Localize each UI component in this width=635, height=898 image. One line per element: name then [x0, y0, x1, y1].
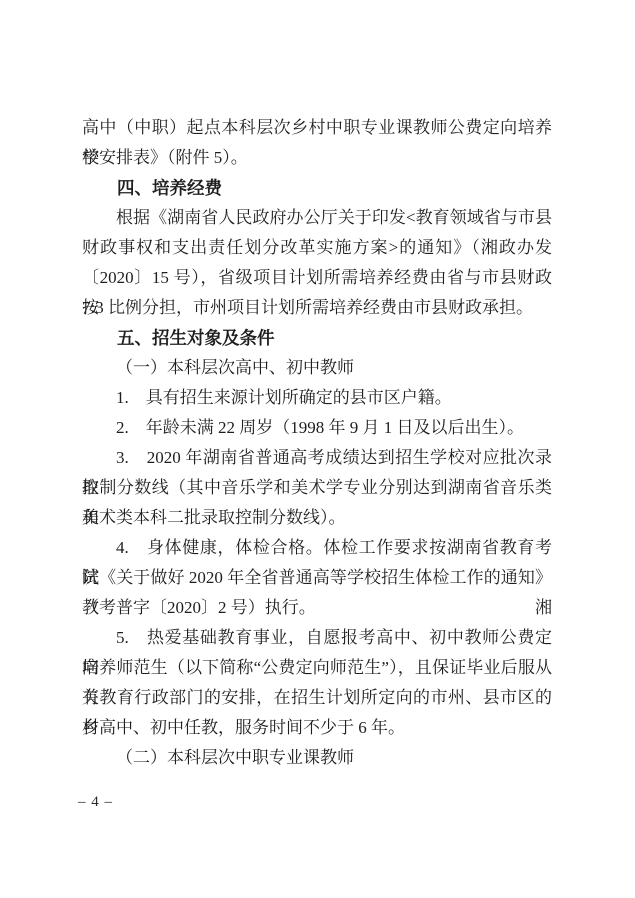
text-line: 7:3 比例分担，市州项目计划所需培养经费由市县财政承担。 — [82, 293, 552, 323]
text-line: 〔2020〕15 号），省级项目计划所需培养经费由省与市县财政按 — [82, 263, 552, 293]
paragraph-continuation: 高中（中职）起点本科层次乡村中职专业课教师公费定向培养学 校安排表》（附件 5）… — [82, 113, 552, 173]
text-line: 5. 热爱基础教育事业，自愿报考高中、初中教师公费定向 — [82, 623, 552, 653]
document-page: 高中（中职）起点本科层次乡村中职专业课教师公费定向培养学 校安排表》（附件 5）… — [0, 0, 635, 898]
text-line: 校安排表》（附件 5）。 — [82, 143, 552, 173]
subsection-heading-1: （一）本科层次高中、初中教师 — [82, 353, 552, 383]
text-line: 村高中、初中任教，服务时间不少于 6 年。 — [82, 713, 552, 743]
text-line: 根据《湖南省人民政府办公厅关于印发<教育领域省与市县 — [82, 203, 552, 233]
list-item-2: 2. 年龄未满 22 周岁（1998 年 9 月 1 日及以后出生）。 — [82, 413, 552, 443]
section-heading-funding: 四、培养经费 — [82, 173, 552, 203]
text-line: 关教育行政部门的安排，在招生计划所定向的市州、县市区的乡 — [82, 683, 552, 713]
page-content: 高中（中职）起点本科层次乡村中职专业课教师公费定向培养学 校安排表》（附件 5）… — [82, 113, 552, 773]
text-line: 培养师范生（以下简称“公费定向师范生”），且保证毕业后服从有 — [82, 653, 552, 683]
text-line: 1. 具有招生来源计划所确定的县市区户籍。 — [82, 383, 552, 413]
text-line: 高中（中职）起点本科层次乡村中职专业课教师公费定向培养学 — [82, 113, 552, 143]
list-item-4: 4. 身体健康，体检合格。体检工作要求按湖南省教育考试 院《关于做好 2020 … — [82, 533, 552, 623]
subsection-heading-2: （二）本科层次中职专业课教师 — [82, 743, 552, 773]
text-line: 2. 年龄未满 22 周岁（1998 年 9 月 1 日及以后出生）。 — [82, 413, 552, 443]
section-heading-enrollment: 五、招生对象及条件 — [82, 323, 552, 353]
text-line: 3. 2020 年湖南省普通高考成绩达到招生学校对应批次录取 — [82, 443, 552, 473]
text-line: 美术类本科二批录取控制分数线）。 — [82, 503, 552, 533]
text-line: 控制分数线（其中音乐学和美术学专业分别达到湖南省音乐类和 — [82, 473, 552, 503]
paragraph-funding: 根据《湖南省人民政府办公厅关于印发<教育领域省与市县 财政事权和支出责任划分改革… — [82, 203, 552, 323]
page-number: – 4 – — [78, 789, 113, 815]
text-line: 财政事权和支出责任划分改革实施方案>的通知》（湘政办发 — [82, 233, 552, 263]
list-item-5: 5. 热爱基础教育事业，自愿报考高中、初中教师公费定向 培养师范生（以下简称“公… — [82, 623, 552, 743]
list-item-3: 3. 2020 年湖南省普通高考成绩达到招生学校对应批次录取 控制分数线（其中音… — [82, 443, 552, 533]
text-line: 4. 身体健康，体检合格。体检工作要求按湖南省教育考试 — [82, 533, 552, 563]
list-item-1: 1. 具有招生来源计划所确定的县市区户籍。 — [82, 383, 552, 413]
text-line: 院《关于做好 2020 年全省普通高等学校招生体检工作的通知》（湘 — [82, 563, 552, 593]
